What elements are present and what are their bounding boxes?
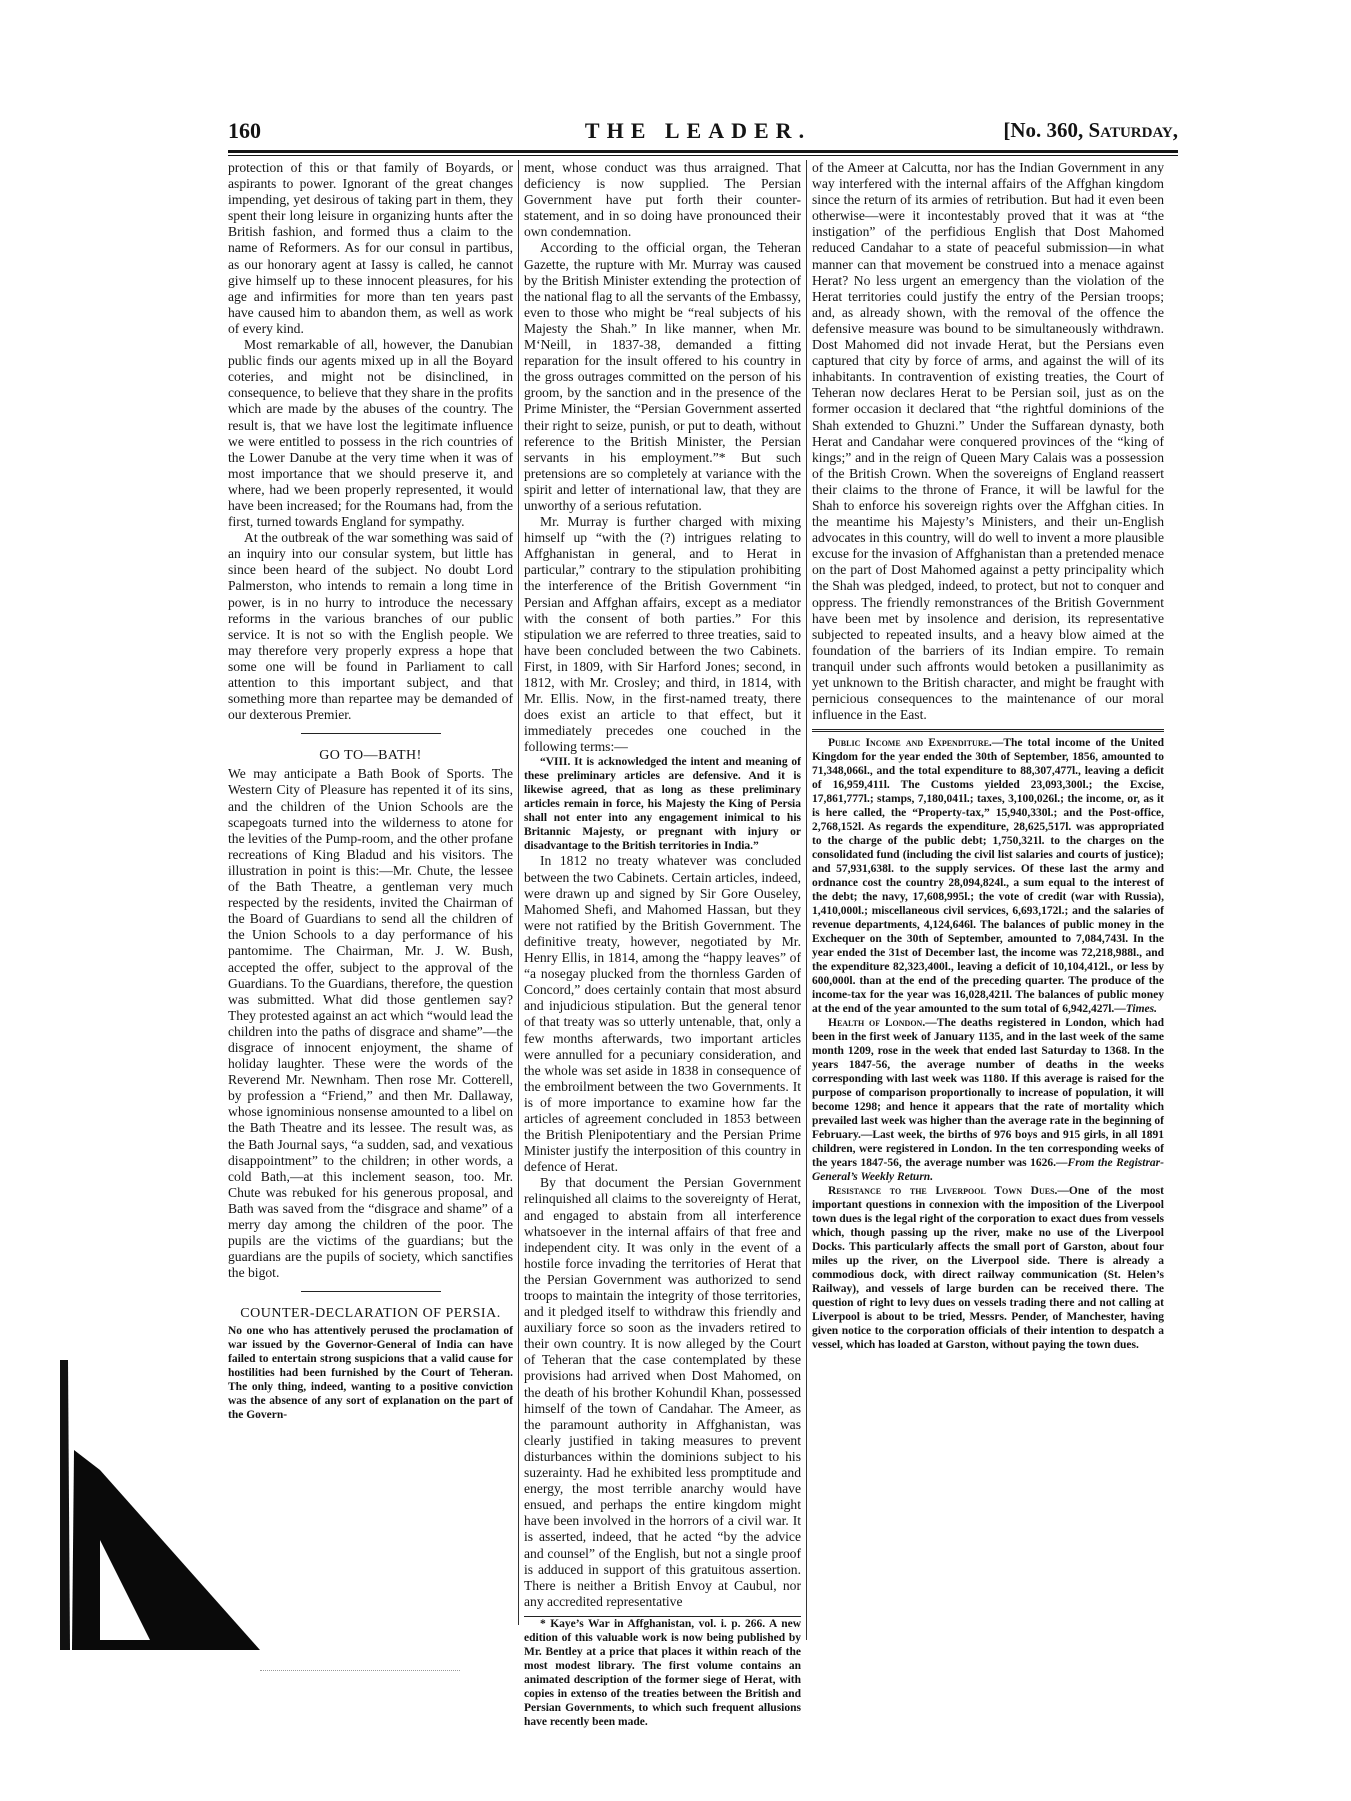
header-rule-thin <box>228 155 1178 156</box>
column-3: of the Ameer at Calcutta, nor has the In… <box>812 160 1164 1352</box>
article-paragraph: According to the official organ, the Teh… <box>524 240 801 514</box>
issue-day: Saturday, <box>1089 118 1178 142</box>
article-paragraph: We may anticipate a Bath Book of Sports.… <box>228 766 513 1281</box>
section-divider <box>301 733 441 734</box>
news-item-health: Health of London.—The deaths registered … <box>812 1016 1164 1184</box>
news-item-income: Public Income and Expenditure.—The total… <box>812 736 1164 1016</box>
column-divider-2 <box>806 160 807 1640</box>
article-paragraph: Mr. Murray is further charged with mixin… <box>524 514 801 755</box>
footnote: * Kaye’s War in Affghanistan, vol. i. p.… <box>524 1617 801 1729</box>
article-heading-persia: COUNTER-DECLARATION OF PERSIA. <box>228 1306 513 1322</box>
section-divider <box>812 729 1164 732</box>
column-1: protection of this or that family of Boy… <box>228 160 513 1422</box>
article-paragraph: protection of this or that family of Boy… <box>228 160 513 337</box>
header-rule-thick <box>228 150 1178 153</box>
news-item-body: —The total income of the United Kingdom … <box>812 737 1164 1015</box>
news-item-source: Times. <box>1126 1003 1157 1015</box>
article-paragraph: By that document the Persian Government … <box>524 1175 801 1610</box>
article-paragraph: Most remarkable of all, however, the Dan… <box>228 337 513 530</box>
section-divider <box>301 1291 441 1292</box>
newspaper-page: 160 THE LEADER. [No. 360, Saturday, prot… <box>0 0 1351 1801</box>
news-item-body: —The deaths registered in London, which … <box>812 1017 1164 1169</box>
article-paragraph: of the Ameer at Calcutta, nor has the In… <box>812 160 1164 723</box>
news-item-body: —One of the most important questions in … <box>812 1185 1164 1351</box>
column-2: ment, whose conduct was thus arraigned. … <box>524 160 801 1729</box>
treaty-quote: “VIII. It is acknowledged the intent and… <box>524 755 801 853</box>
scan-specks <box>260 1670 460 1673</box>
article-paragraph: In 1812 no treaty whatever was concluded… <box>524 853 801 1175</box>
masthead: 160 THE LEADER. [No. 360, Saturday, <box>228 118 1168 148</box>
column-divider-1 <box>518 160 519 1625</box>
article-paragraph: At the outbreak of the war something was… <box>228 530 513 723</box>
news-item-lead: Public Income and Expenditure. <box>828 737 992 749</box>
issue-prefix: [No. 360, <box>1003 118 1088 142</box>
news-item-liverpool: Resistance to the Liverpool Town Dues.—O… <box>812 1184 1164 1352</box>
scan-binding-shadow <box>60 1360 260 1650</box>
news-item-lead: Resistance to the Liverpool Town Dues. <box>828 1185 1057 1197</box>
article-paragraph: ment, whose conduct was thus arraigned. … <box>524 160 801 240</box>
article-paragraph: No one who has attentively perused the p… <box>228 1324 513 1422</box>
issue-number: [No. 360, Saturday, <box>1003 118 1178 143</box>
news-item-lead: Health of London. <box>828 1017 925 1029</box>
article-heading-bath: GO TO—BATH! <box>228 748 513 764</box>
